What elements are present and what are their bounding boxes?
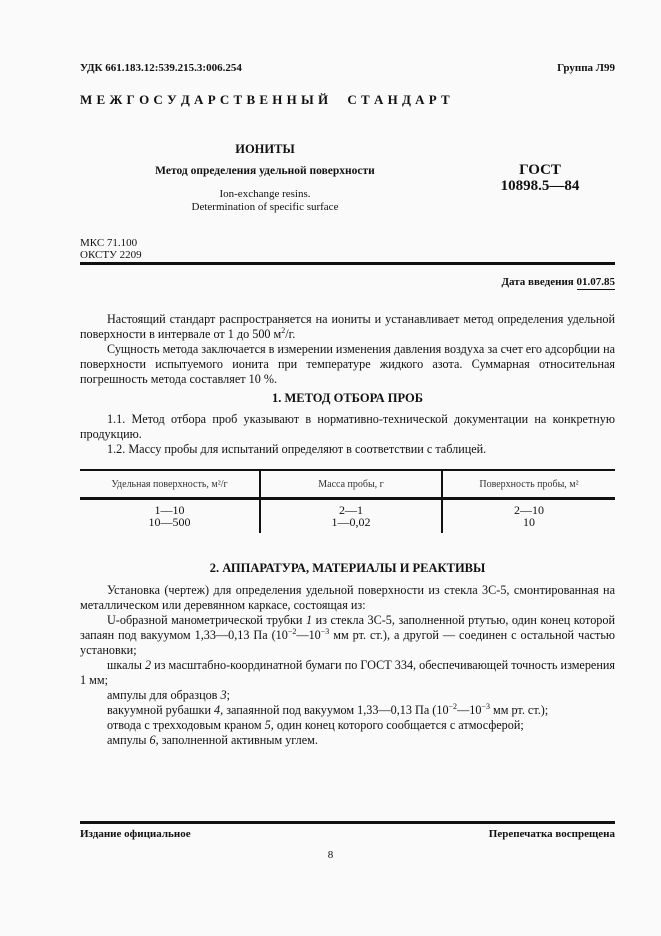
page-number: 8 <box>0 849 661 861</box>
apparatus-item-2: шкалы 2 из масштабно-координатной бумаги… <box>80 658 615 688</box>
superscript: −2 <box>449 702 458 711</box>
interstate-standard-banner: М Е Ж Г О С У Д А Р С Т В Е Н Н Ы Й С Т … <box>80 92 615 108</box>
item-text: —10 <box>296 628 320 642</box>
item-text: ампулы <box>107 733 150 747</box>
table-cell: 2—10 10 <box>442 499 615 534</box>
header-divider <box>80 262 615 265</box>
apparatus-item-1: U-образной манометрической трубки 1 из с… <box>80 613 615 659</box>
table-cell: 2—1 1—0,02 <box>260 499 442 534</box>
udk-code: УДК 661.183.12:539.215.3:006.254 <box>80 62 242 74</box>
cell-value: 1—0,02 <box>262 516 440 528</box>
mks-code: МКС 71.100 <box>80 237 142 249</box>
table-header-row: Удельная поверхность, м²/г Масса пробы, … <box>80 470 615 499</box>
table-header-cell: Удельная поверхность, м²/г <box>80 470 260 499</box>
item-text: , запаянной под вакуумом 1,33—0,13 Па (1… <box>220 703 448 717</box>
introduction-date-value: 01.07.85 <box>577 276 616 290</box>
item-text: ; <box>227 688 230 702</box>
table-header-cell: Масса пробы, г <box>260 470 442 499</box>
reprint-prohibited-note: Перепечатка воспрещена <box>489 828 615 840</box>
cell-value: 10 <box>444 516 614 528</box>
footer-divider <box>80 821 615 824</box>
item-text: шкалы <box>107 658 145 672</box>
item-text: отвода с трехходовым краном <box>107 718 265 732</box>
item-text: , один конец которого сообщается с атмос… <box>271 718 524 732</box>
item-text: , заполненной активным углем. <box>156 733 318 747</box>
apparatus-intro: Установка (чертеж) для определения удель… <box>80 583 615 613</box>
okstu-code: ОКСТУ 2209 <box>80 249 142 261</box>
item-text: мм рт. ст.); <box>490 703 548 717</box>
document-subtitle: Метод определения удельной поверхности <box>80 165 450 177</box>
clause-1-1: 1.1. Метод отбора проб указывают в норма… <box>80 412 615 442</box>
intro-paragraph-2: Сущность метода заключается в измерении … <box>80 342 615 388</box>
apparatus-item-5: отвода с трехходовым краном 5, один коне… <box>80 718 642 733</box>
apparatus-item-4: вакуумной рубашки 4, запаянной под вакуу… <box>80 703 642 718</box>
clause-1-2: 1.2. Массу пробы для испытаний определяю… <box>80 442 615 457</box>
section-2-heading: 2. АППАРАТУРА, МАТЕРИАЛЫ И РЕАКТИВЫ <box>80 561 615 576</box>
apparatus-item-6: ампулы 6, заполненной активным углем. <box>80 733 642 748</box>
intro-p1-unit: /г. <box>285 327 295 341</box>
english-title: Ion-exchange resins. Determination of sp… <box>80 188 450 214</box>
table-cell: 1—10 10—500 <box>80 499 260 534</box>
cell-value: 10—500 <box>81 516 258 528</box>
document-title: ИОНИТЫ <box>80 142 450 157</box>
table-row: 1—10 10—500 2—1 1—0,02 2—10 10 <box>80 499 615 534</box>
item-text: вакуумной рубашки <box>107 703 214 717</box>
classification-codes: МКС 71.100 ОКСТУ 2209 <box>80 237 142 261</box>
english-title-line-2: Determination of specific surface <box>80 201 450 214</box>
gost-number: 10898.5—84 <box>460 178 620 194</box>
table-header-cell: Поверхность пробы, м² <box>442 470 615 499</box>
superscript: −3 <box>481 702 490 711</box>
intro-paragraph-1: Настоящий стандарт распространяется на и… <box>80 312 615 342</box>
item-text: —10 <box>457 703 481 717</box>
introduction-date: Дата введения 01.07.85 <box>501 276 615 288</box>
item-text: из масштабно-координатной бумаги по ГОСТ… <box>80 658 615 687</box>
gost-designation: ГОСТ 10898.5—84 <box>460 162 620 194</box>
gost-label: ГОСТ <box>460 162 620 178</box>
apparatus-item-3: ампулы для образцов 3; <box>80 688 642 703</box>
group-code: Группа Л99 <box>557 62 615 74</box>
item-text: U-образной манометрической трубки <box>107 613 306 627</box>
superscript: −3 <box>321 627 330 636</box>
official-edition-note: Издание официальное <box>80 828 191 840</box>
item-text: ампулы для образцов <box>107 688 220 702</box>
section-1-heading: 1. МЕТОД ОТБОРА ПРОБ <box>80 391 615 406</box>
english-title-line-1: Ion-exchange resins. <box>80 188 450 201</box>
intro-p1-text: Настоящий стандарт распространяется на и… <box>80 312 615 341</box>
introduction-date-label: Дата введения <box>501 276 573 288</box>
sample-mass-table: Удельная поверхность, м²/г Масса пробы, … <box>80 469 615 533</box>
